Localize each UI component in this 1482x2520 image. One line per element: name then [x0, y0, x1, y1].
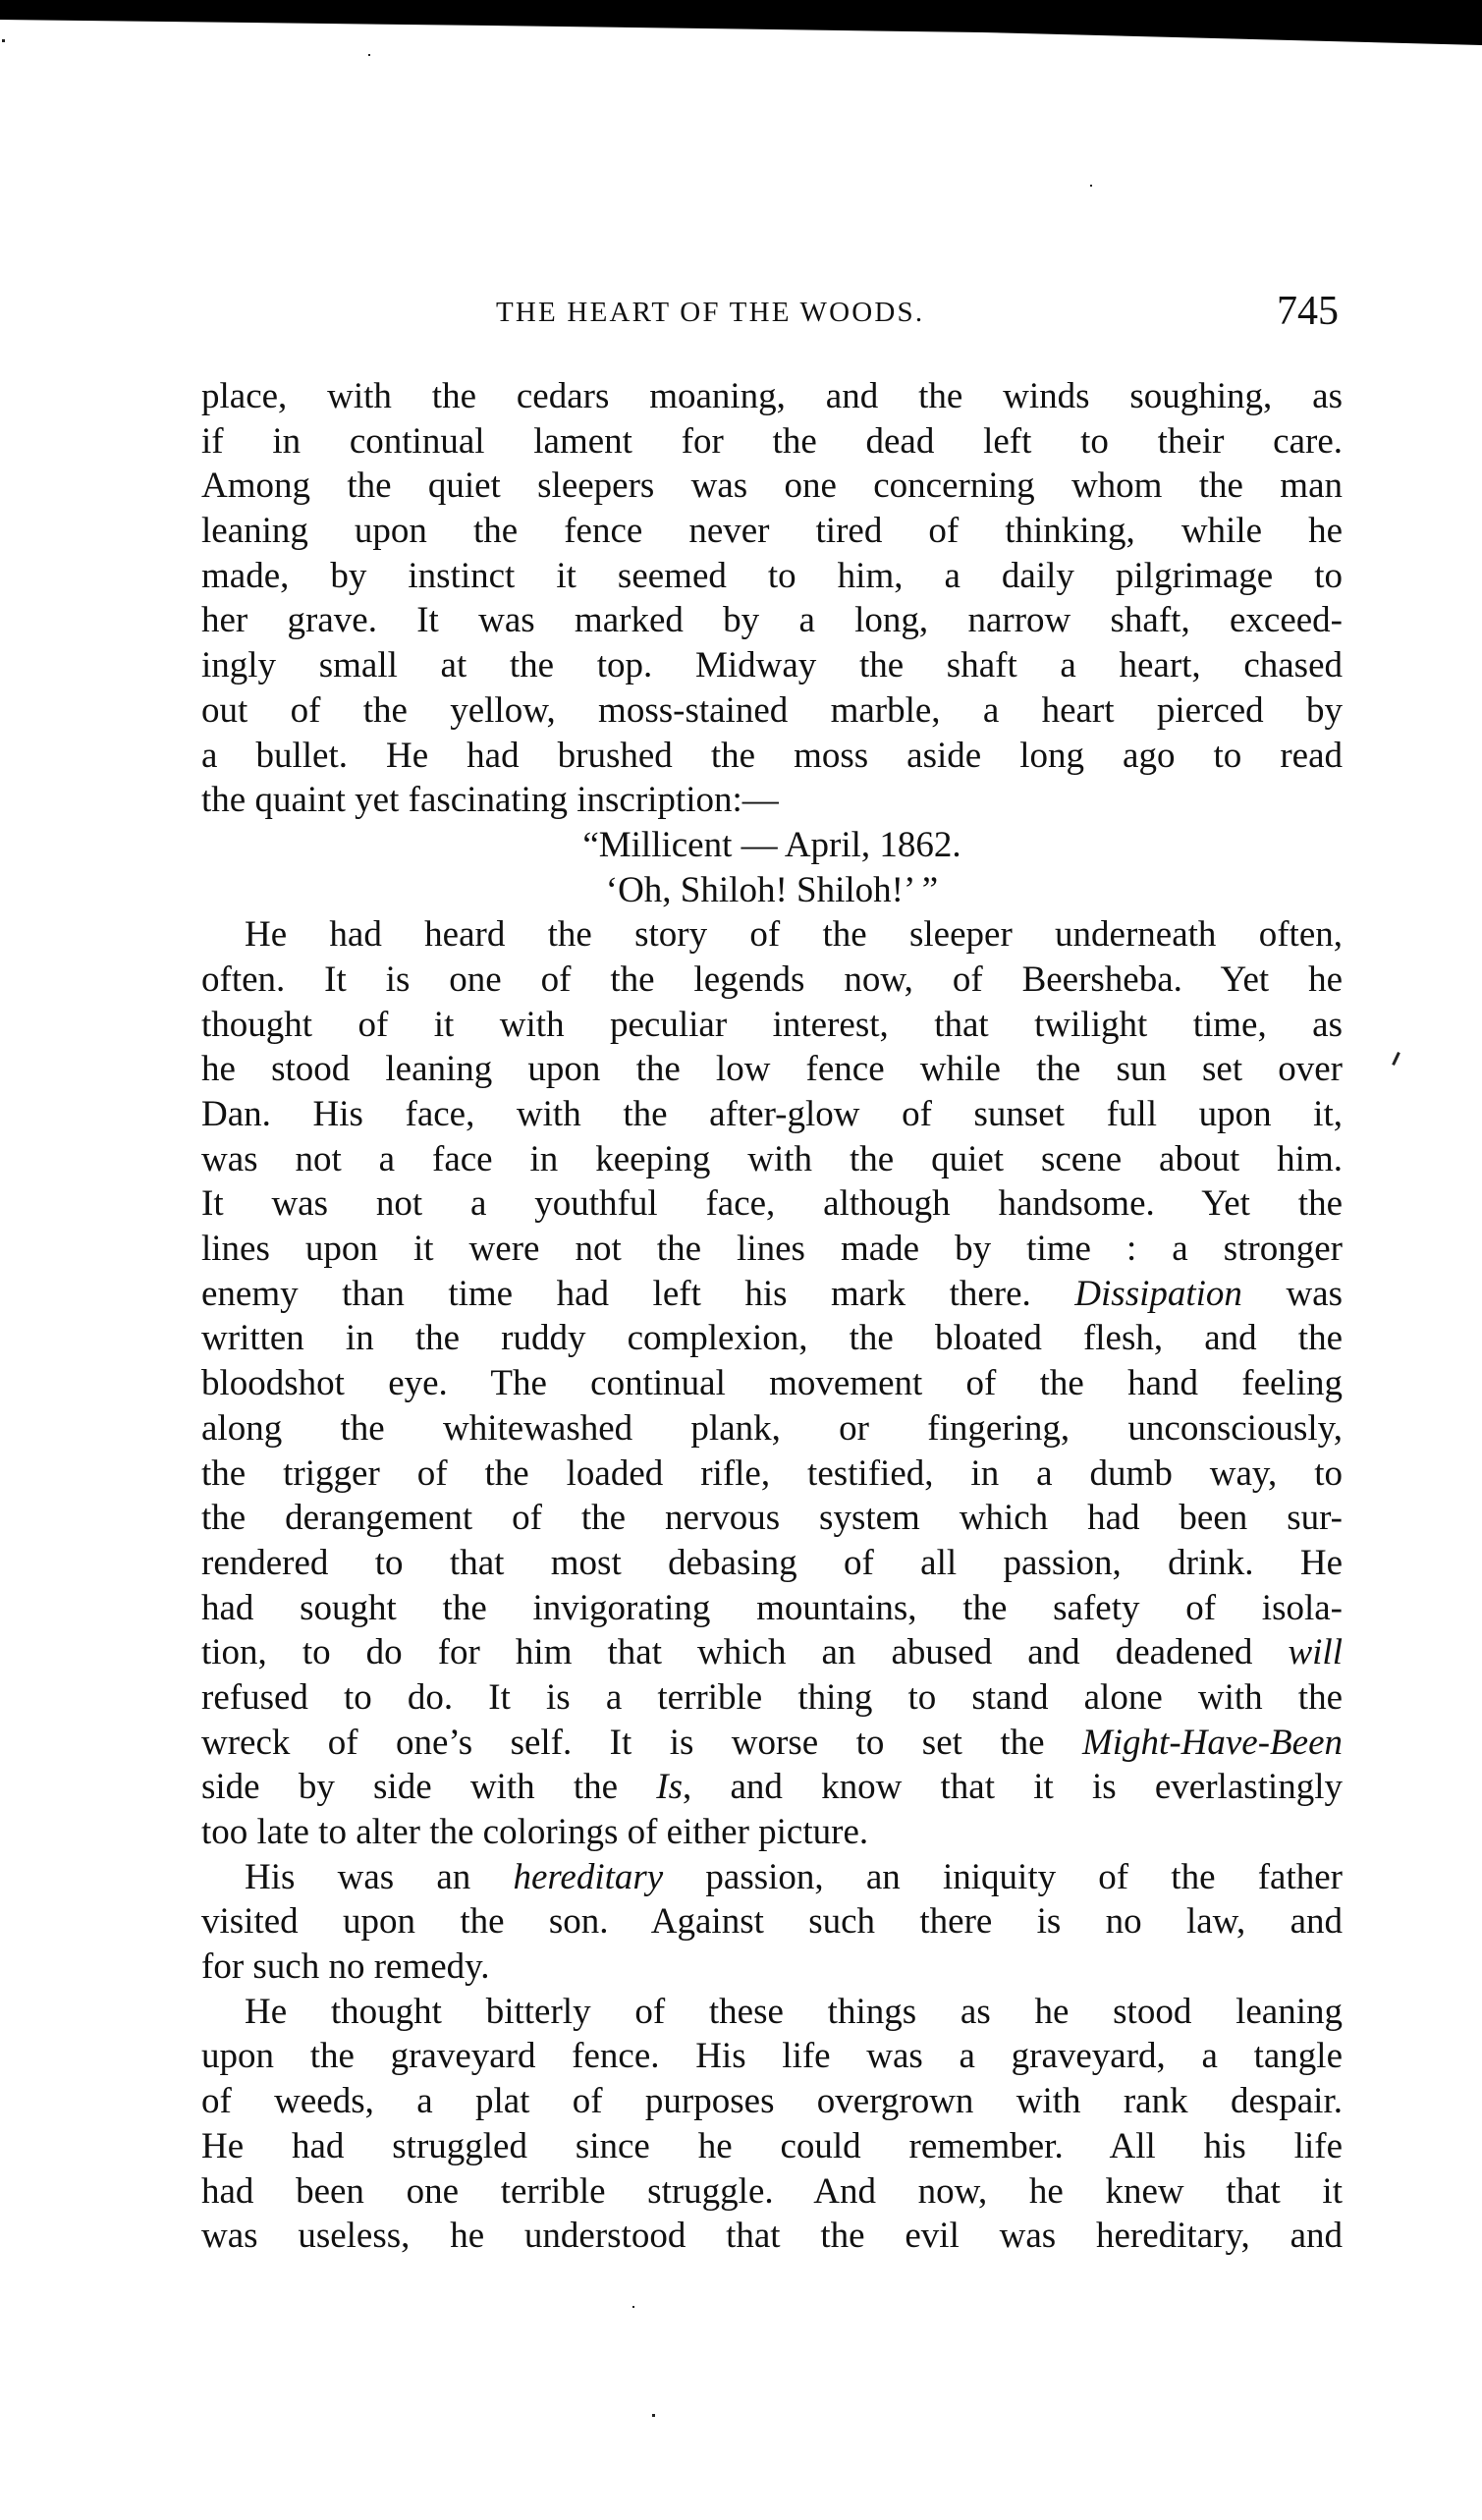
text-line: He had heard the story of the sleeper un…: [201, 912, 1343, 958]
text-line: He thought bitterly of these things as h…: [201, 1990, 1343, 2035]
text-line: Among the quiet sleepers was one concern…: [201, 464, 1343, 509]
text-line: bloodshot eye. The continual movement of…: [201, 1361, 1343, 1406]
text-line: place, with the cedars moaning, and the …: [201, 374, 1343, 419]
scan-speck: [632, 2306, 634, 2308]
text-line: His was an hereditary passion, an iniqui…: [201, 1855, 1343, 1900]
text-line: had sought the invigorating mountains, t…: [201, 1586, 1343, 1631]
text-line: was useless, he understood that the evil…: [201, 2214, 1343, 2259]
text-line: ingly small at the top. Midway the shaft…: [201, 643, 1343, 688]
text-line: made, by instinct it seemed to him, a da…: [201, 554, 1343, 599]
text-line: he stood leaning upon the low fence whil…: [201, 1047, 1343, 1092]
text-line: thought of it with peculiar interest, th…: [201, 1003, 1343, 1048]
text-line: out of the yellow, moss-stained marble, …: [201, 688, 1343, 734]
text-line: enemy than time had left his mark there.…: [201, 1272, 1343, 1317]
text-line: too late to alter the colorings of eithe…: [201, 1810, 1343, 1855]
text-line: a bullet. He had brushed the moss aside …: [201, 734, 1343, 779]
italic-emphasis: will: [1288, 1632, 1343, 1672]
text-line: tion, to do for him that which an abused…: [201, 1630, 1343, 1675]
scan-edge-shadow: [0, 0, 1482, 49]
scan-stray-mark: [1392, 1052, 1400, 1066]
text-line: for such no remedy.: [201, 1945, 1343, 1990]
scan-speck: [368, 54, 370, 56]
text-line: if in continual lament for the dead left…: [201, 419, 1343, 465]
text-line: written in the ruddy complexion, the blo…: [201, 1316, 1343, 1361]
scan-speck: [1090, 185, 1092, 187]
text-line: of weeds, a plat of purposes overgrown w…: [201, 2079, 1343, 2124]
page-number: 745: [1277, 288, 1339, 335]
inscription-line: ‘Oh, Shiloh! Shiloh!’ ”: [201, 868, 1343, 913]
text-line: rendered to that most debasing of all pa…: [201, 1541, 1343, 1586]
text-line: visited upon the son. Against such there…: [201, 1899, 1343, 1945]
text-line: side by side with the Is, and know that …: [201, 1765, 1343, 1810]
text-line: was not a face in keeping with the quiet…: [201, 1137, 1343, 1182]
text-line: lines upon it were not the lines made by…: [201, 1227, 1343, 1272]
text-line: It was not a youthful face, although han…: [201, 1181, 1343, 1227]
text-line: leaning upon the fence never tired of th…: [201, 509, 1343, 554]
italic-emphasis: Is: [656, 1767, 683, 1807]
text-line: the derangement of the nervous system wh…: [201, 1496, 1343, 1541]
text-line: wreck of one’s self. It is worse to set …: [201, 1721, 1343, 1766]
running-head: THE HEART OF THE WOODS.: [496, 297, 924, 329]
text-line: He had struggled since he could remember…: [201, 2124, 1343, 2169]
text-line: the trigger of the loaded rifle, testifi…: [201, 1452, 1343, 1497]
italic-emphasis: hereditary: [513, 1857, 663, 1897]
text-line: often. It is one of the legends now, of …: [201, 958, 1343, 1003]
body-text: place, with the cedars moaning, and the …: [201, 374, 1343, 2259]
text-line: the quaint yet fascinating inscription:—: [201, 778, 1343, 823]
text-line: had been one terrible struggle. And now,…: [201, 2169, 1343, 2215]
text-line: Dan. His face, with the after-glow of su…: [201, 1092, 1343, 1137]
italic-emphasis: Dissipation: [1074, 1274, 1242, 1314]
text-line: her grave. It was marked by a long, narr…: [201, 598, 1343, 643]
inscription-line: “Millicent — April, 1862.: [201, 823, 1343, 868]
scan-speck: [652, 2414, 655, 2417]
text-line: refused to do. It is a terrible thing to…: [201, 1675, 1343, 1721]
scan-speck: [2, 39, 5, 42]
text-line: upon the graveyard fence. His life was a…: [201, 2034, 1343, 2079]
text-line: along the whitewashed plank, or fingerin…: [201, 1406, 1343, 1452]
italic-emphasis: Might-Have-Been: [1082, 1723, 1343, 1763]
